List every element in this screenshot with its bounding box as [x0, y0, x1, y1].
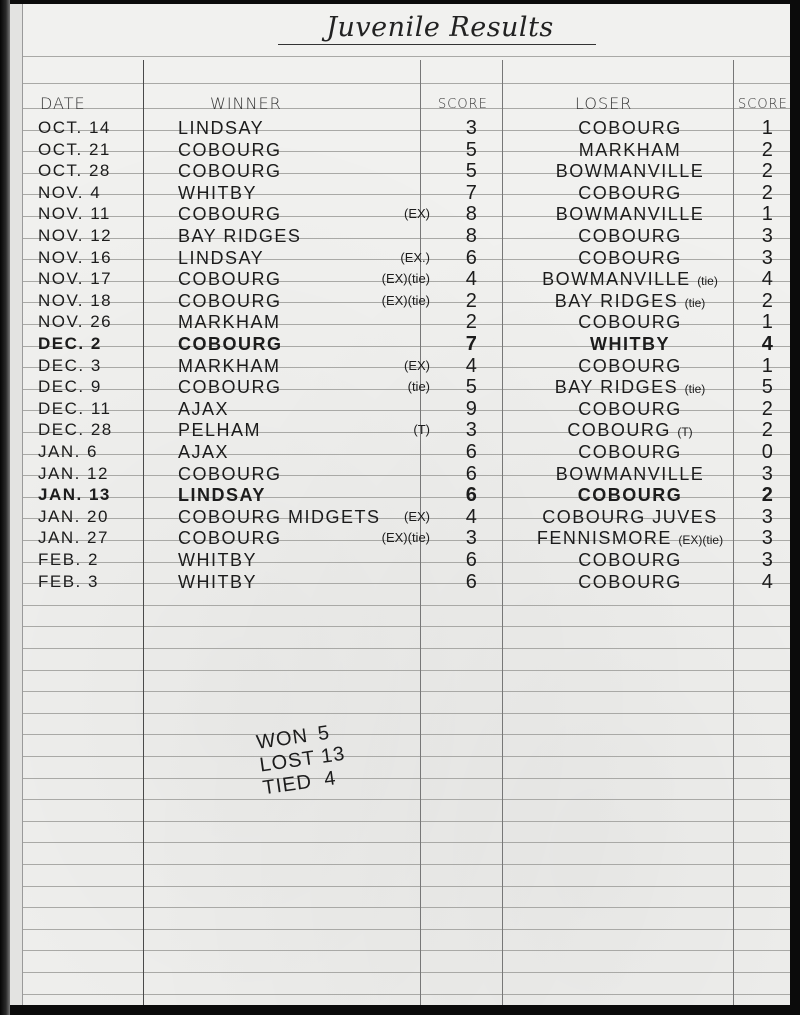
loser-score-cell: 5	[748, 376, 788, 398]
winner-score-cell: 5	[442, 376, 502, 398]
loser-cell: BOWMANVILLE	[525, 160, 735, 184]
table-row: NOV. 18COBOURG(EX)(tie)22BAY RIDGES (tie…	[10, 290, 790, 312]
ruled-line	[22, 842, 790, 843]
table-row: DEC. 11AJAX92COBOURG	[10, 398, 790, 420]
winner-score-cell: 7	[442, 182, 502, 204]
table-row: FEB. 2WHITBY63COBOURG	[10, 549, 790, 571]
ruled-line	[22, 713, 790, 714]
title-underline	[278, 44, 596, 45]
page-margin	[10, 4, 23, 1005]
loser-cell: COBOURG	[525, 441, 735, 465]
ruled-line	[22, 756, 790, 757]
winner-score-cell: 5	[442, 139, 502, 161]
date-cell: NOV. 11	[38, 203, 148, 225]
loser-note: (tie)	[685, 382, 706, 396]
ruled-line	[22, 626, 790, 627]
winner-note: (EX)	[335, 355, 430, 377]
table-row: NOV. 26MARKHAM21COBOURG	[10, 311, 790, 333]
loser-cell: COBOURG	[525, 117, 735, 141]
ruled-line	[22, 907, 790, 908]
loser-score-cell: 0	[748, 441, 788, 463]
loser-score-cell: 2	[748, 419, 788, 441]
winner-cell: MARKHAM	[178, 311, 378, 333]
winner-cell: LINDSAY	[178, 117, 378, 139]
ruled-line	[22, 56, 790, 57]
table-row: NOV. 4WHITBY72COBOURG	[10, 182, 790, 204]
table-row: NOV. 17COBOURG(EX)(tie)44BOWMANVILLE (ti…	[10, 268, 790, 290]
winner-score-cell: 7	[442, 333, 502, 355]
loser-score-cell: 2	[748, 139, 788, 161]
loser-cell: BAY RIDGES (tie)	[525, 376, 735, 400]
winner-score-cell: 4	[442, 268, 502, 290]
loser-score-cell: 4	[748, 268, 788, 290]
winner-cell: BAY RIDGES	[178, 225, 378, 247]
ruled-line	[22, 799, 790, 800]
table-row: JAN. 12COBOURG63BOWMANVILLE	[10, 463, 790, 485]
winner-note: (EX)(tie)	[335, 290, 430, 312]
header-loser-score: SCORE	[738, 97, 788, 112]
winner-score-cell: 8	[442, 203, 502, 225]
loser-name: COBOURG	[578, 485, 683, 505]
winner-score-cell: 3	[442, 117, 502, 139]
winner-cell: LINDSAY	[178, 484, 378, 506]
winner-score-cell: 8	[442, 225, 502, 247]
ruled-line	[22, 929, 790, 930]
loser-score-cell: 3	[748, 247, 788, 269]
loser-name: BOWMANVILLE	[556, 161, 705, 181]
loser-name: MARKHAM	[579, 140, 682, 160]
date-cell: JAN. 20	[38, 506, 148, 528]
loser-score-cell: 4	[748, 333, 788, 355]
loser-cell: COBOURG	[525, 571, 735, 595]
loser-note: (tie)	[685, 296, 706, 310]
loser-name: COBOURG	[578, 183, 682, 203]
winner-cell: COBOURG	[178, 333, 378, 355]
winner-score-cell: 6	[442, 441, 502, 463]
winner-score-cell: 5	[442, 160, 502, 182]
winner-note: (EX)(tie)	[335, 527, 430, 549]
loser-name: FENNISMORE	[537, 528, 672, 548]
table-row: NOV. 12BAY RIDGES83COBOURG	[10, 225, 790, 247]
loser-cell: COBOURG	[525, 484, 735, 508]
date-cell: JAN. 12	[38, 463, 148, 485]
loser-score-cell: 2	[748, 398, 788, 420]
ruled-line	[22, 605, 790, 606]
winner-score-cell: 6	[442, 549, 502, 571]
ruled-line	[22, 670, 790, 671]
loser-note: (tie)	[697, 274, 718, 288]
season-summary: WON5 LOST13 TIED4	[255, 720, 350, 800]
loser-score-cell: 2	[748, 290, 788, 312]
ruled-line	[22, 734, 790, 735]
winner-score-cell: 4	[442, 506, 502, 528]
winner-score-cell: 3	[442, 527, 502, 549]
loser-name: BOWMANVILLE	[542, 269, 691, 289]
date-cell: NOV. 17	[38, 268, 148, 290]
loser-score-cell: 3	[748, 463, 788, 485]
ruled-line	[22, 108, 790, 109]
ruled-line	[22, 648, 790, 649]
book-binding	[0, 0, 10, 1015]
loser-score-cell: 1	[748, 355, 788, 377]
date-cell: DEC. 11	[38, 398, 148, 420]
header-winner: WINNER	[210, 94, 282, 113]
header-date: DATE	[40, 94, 86, 113]
date-cell: OCT. 28	[38, 160, 148, 182]
date-cell: DEC. 9	[38, 376, 148, 398]
loser-score-cell: 1	[748, 117, 788, 139]
date-cell: NOV. 18	[38, 290, 148, 312]
loser-name: BOWMANVILLE	[556, 464, 705, 484]
loser-cell: BOWMANVILLE	[525, 203, 735, 227]
loser-cell: COBOURG (T)	[525, 419, 735, 443]
loser-cell: COBOURG	[525, 225, 735, 249]
loser-cell: FENNISMORE (EX)(tie)	[525, 527, 735, 551]
summary-value: 13	[320, 743, 347, 768]
loser-cell: BOWMANVILLE (tie)	[525, 268, 735, 292]
loser-score-cell: 2	[748, 484, 788, 506]
date-cell: NOV. 16	[38, 247, 148, 269]
loser-score-cell: 1	[748, 311, 788, 333]
date-cell: DEC. 3	[38, 355, 148, 377]
ruled-line	[22, 994, 790, 995]
table-row: DEC. 2COBOURG74WHITBY	[10, 333, 790, 355]
loser-score-cell: 3	[748, 225, 788, 247]
summary-value: 5	[316, 722, 331, 745]
loser-cell: COBOURG	[525, 549, 735, 573]
date-cell: FEB. 3	[38, 571, 148, 593]
loser-name: COBOURG	[578, 312, 682, 332]
winner-cell: WHITBY	[178, 571, 378, 593]
winner-cell: WHITBY	[178, 549, 378, 571]
loser-name: WHITBY	[590, 334, 670, 354]
loser-name: BAY RIDGES	[555, 291, 678, 311]
loser-name: COBOURG	[578, 399, 682, 419]
table-row: FEB. 3WHITBY64COBOURG	[10, 571, 790, 593]
loser-name: COBOURG	[567, 420, 671, 440]
winner-note: (T)	[335, 419, 430, 441]
table-row: NOV. 11COBOURG(EX)81BOWMANVILLE	[10, 203, 790, 225]
table-row: JAN. 6AJAX60COBOURG	[10, 441, 790, 463]
winner-cell: AJAX	[178, 398, 378, 420]
loser-name: BAY RIDGES	[555, 377, 678, 397]
date-cell: NOV. 26	[38, 311, 148, 333]
ruled-line	[22, 886, 790, 887]
winner-score-cell: 6	[442, 463, 502, 485]
date-cell: JAN. 6	[38, 441, 148, 463]
date-cell: FEB. 2	[38, 549, 148, 571]
winner-note: (EX)	[335, 506, 430, 528]
table-row: JAN. 20COBOURG MIDGETS(EX)43COBOURG JUVE…	[10, 506, 790, 528]
loser-name: COBOURG	[578, 226, 682, 246]
table-row: OCT. 28COBOURG52BOWMANVILLE	[10, 160, 790, 182]
winner-score-cell: 9	[442, 398, 502, 420]
winner-cell: COBOURG	[178, 463, 378, 485]
loser-score-cell: 1	[748, 203, 788, 225]
table-row: JAN. 27COBOURG(EX)(tie)33FENNISMORE (EX)…	[10, 527, 790, 549]
date-cell: DEC. 28	[38, 419, 148, 441]
winner-score-cell: 6	[442, 247, 502, 269]
date-cell: OCT. 21	[38, 139, 148, 161]
loser-score-cell: 3	[748, 506, 788, 528]
loser-name: COBOURG	[578, 356, 682, 376]
table-row: DEC. 9COBOURG(tie)55BAY RIDGES (tie)	[10, 376, 790, 398]
loser-name: COBOURG JUVES	[542, 507, 718, 527]
ruled-line	[22, 821, 790, 822]
date-cell: NOV. 12	[38, 225, 148, 247]
header-loser: LOSER	[575, 94, 632, 113]
loser-score-cell: 2	[748, 160, 788, 182]
date-cell: NOV. 4	[38, 182, 148, 204]
winner-cell: COBOURG	[178, 139, 378, 161]
winner-score-cell: 3	[442, 419, 502, 441]
winner-score-cell: 6	[442, 571, 502, 593]
loser-name: COBOURG	[578, 572, 682, 592]
date-cell: OCT. 14	[38, 117, 148, 139]
ruled-line	[22, 950, 790, 951]
loser-score-cell: 2	[748, 182, 788, 204]
page-title: Juvenile Results	[290, 12, 590, 43]
date-cell: JAN. 27	[38, 527, 148, 549]
table-row: NOV. 16LINDSAY(EX.)63COBOURG	[10, 247, 790, 269]
winner-score-cell: 4	[442, 355, 502, 377]
table-row: OCT. 21COBOURG52MARKHAM	[10, 139, 790, 161]
loser-score-cell: 3	[748, 549, 788, 571]
date-cell: DEC. 2	[38, 333, 148, 355]
winner-score-cell: 6	[442, 484, 502, 506]
winner-score-cell: 2	[442, 290, 502, 312]
loser-cell: WHITBY	[525, 333, 735, 357]
loser-cell: COBOURG	[525, 311, 735, 335]
table-row: DEC. 28PELHAM(T)32COBOURG (T)	[10, 419, 790, 441]
ruled-line	[22, 691, 790, 692]
winner-score-cell: 2	[442, 311, 502, 333]
winner-note: (tie)	[335, 376, 430, 398]
winner-note: (EX)	[335, 203, 430, 225]
winner-note: (EX)(tie)	[335, 268, 430, 290]
ledger-page: Juvenile Results DATE WINNER SCORE LOSER…	[10, 4, 790, 1005]
summary-value: 4	[323, 767, 338, 790]
header-winner-score: SCORE	[438, 97, 488, 112]
loser-score-cell: 3	[748, 527, 788, 549]
table-row: JAN. 13LINDSAY62COBOURG	[10, 484, 790, 506]
loser-name: BOWMANVILLE	[556, 204, 705, 224]
ruled-line	[22, 778, 790, 779]
date-cell: JAN. 13	[38, 484, 148, 506]
loser-name: COBOURG	[578, 118, 682, 138]
winner-cell: WHITBY	[178, 182, 378, 204]
ruled-line	[22, 972, 790, 973]
winner-cell: COBOURG	[178, 160, 378, 182]
loser-note: (EX)(tie)	[678, 533, 723, 547]
ruled-line	[22, 83, 790, 84]
table-row: DEC. 3MARKHAM(EX)41COBOURG	[10, 355, 790, 377]
loser-score-cell: 4	[748, 571, 788, 593]
loser-name: COBOURG	[578, 442, 682, 462]
loser-note: (T)	[677, 425, 692, 439]
winner-cell: AJAX	[178, 441, 378, 463]
ruled-line	[22, 864, 790, 865]
loser-name: COBOURG	[578, 248, 682, 268]
loser-name: COBOURG	[578, 550, 682, 570]
winner-note: (EX.)	[335, 247, 430, 269]
table-row: OCT. 14LINDSAY31COBOURG	[10, 117, 790, 139]
